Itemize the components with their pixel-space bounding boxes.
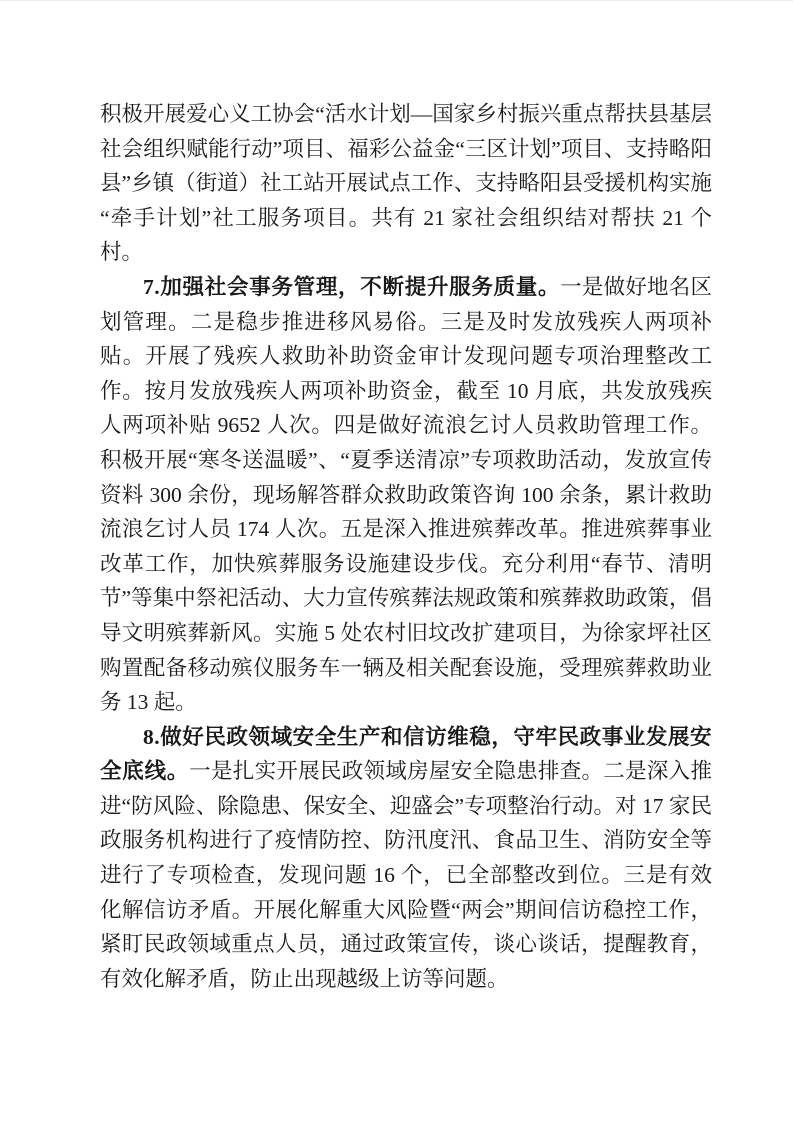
document-text-block: 积极开展爱心义工协会“活水计划—国家乡村振兴重点帮扶县基层社会组织赋能行动”项目… <box>100 97 712 996</box>
paragraph-section-7: 7.加强社会事务管理，不断提升服务质量。一是做好地名区划管理。二是稳步推进移风易… <box>100 270 712 720</box>
paragraph-section-7-body: 一是做好地名区划管理。二是稳步推进移风易俗。三是及时发放残疾人两项补贴。开展了残… <box>100 275 712 714</box>
document-page: 积极开展爱心义工协会“活水计划—国家乡村振兴重点帮扶县基层社会组织赋能行动”项目… <box>0 0 793 1122</box>
paragraph-continuation-body: 积极开展爱心义工协会“活水计划—国家乡村振兴重点帮扶县基层社会组织赋能行动”项目… <box>100 102 712 264</box>
paragraph-continuation: 积极开展爱心义工协会“活水计划—国家乡村振兴重点帮扶县基层社会组织赋能行动”项目… <box>100 97 712 270</box>
paragraph-section-8: 8.做好民政领域安全生产和信访维稳，守牢民政事业发展安全底线。一是扎实开展民政领… <box>100 720 712 997</box>
paragraph-section-7-heading: 7.加强社会事务管理，不断提升服务质量。 <box>143 275 560 299</box>
paragraph-section-8-body: 一是扎实开展民政领域房屋安全隐患排查。二是深入推进“防风险、除隐患、保安全、迎盛… <box>100 759 712 991</box>
